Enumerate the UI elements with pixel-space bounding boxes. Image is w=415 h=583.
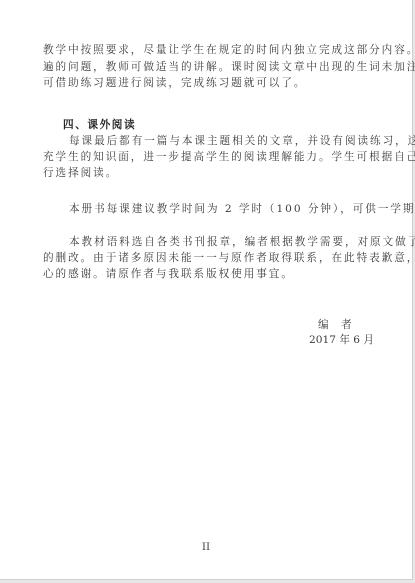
paragraph-sources-line-2: 的删改。由于诸多原因未能一一与原作者取得联系，在此特表歉意，并致以衷 [43,251,367,265]
document-page: 教学中按照要求，尽量让学生在规定的时间内独立完成这部分内容。对较为普 遍的问题，… [0,0,413,580]
paragraph-intro-line-1: 教学中按照要求，尽量让学生在规定的时间内独立完成这部分内容。对较为普 [43,43,367,57]
paragraph-sources-line-1: 本教材语料选自各类书刊报章，编者根据教学需要，对原文做了不同程度 [69,235,393,249]
signature-author: 编 者 [318,318,353,332]
signature-date: 2017 年 6 月 [309,333,374,347]
paragraph-intro-line-3: 可借助练习题进行阅读，完成练习题就可以了。 [43,76,367,90]
paragraph-sources-line-3: 心的感谢。请原作者与我联系版权使用事宜。 [43,267,367,281]
section-heading-extracurricular-reading: 四、课外阅读 [63,118,387,132]
section4-line-3: 行选择阅读。 [43,166,367,180]
page-number: II [0,541,412,553]
section4-line-2: 充学生的知识面，进一步提高学生的阅读理解能力。学生可根据自己的情况自 [43,150,367,164]
paragraph-intro-line-2: 遍的问题，教师可做适当的讲解。课时阅读文章中出现的生词未加注释，学生 [43,60,367,74]
section4-line-1: 每课最后都有一篇与本课主题相关的文章，并设有阅读练习，这样可以扩 [69,134,393,148]
paragraph-hours-line-1: 本册书每课建议教学时间为 2 学时（100 分钟），可供一学期使用。 [69,202,393,216]
